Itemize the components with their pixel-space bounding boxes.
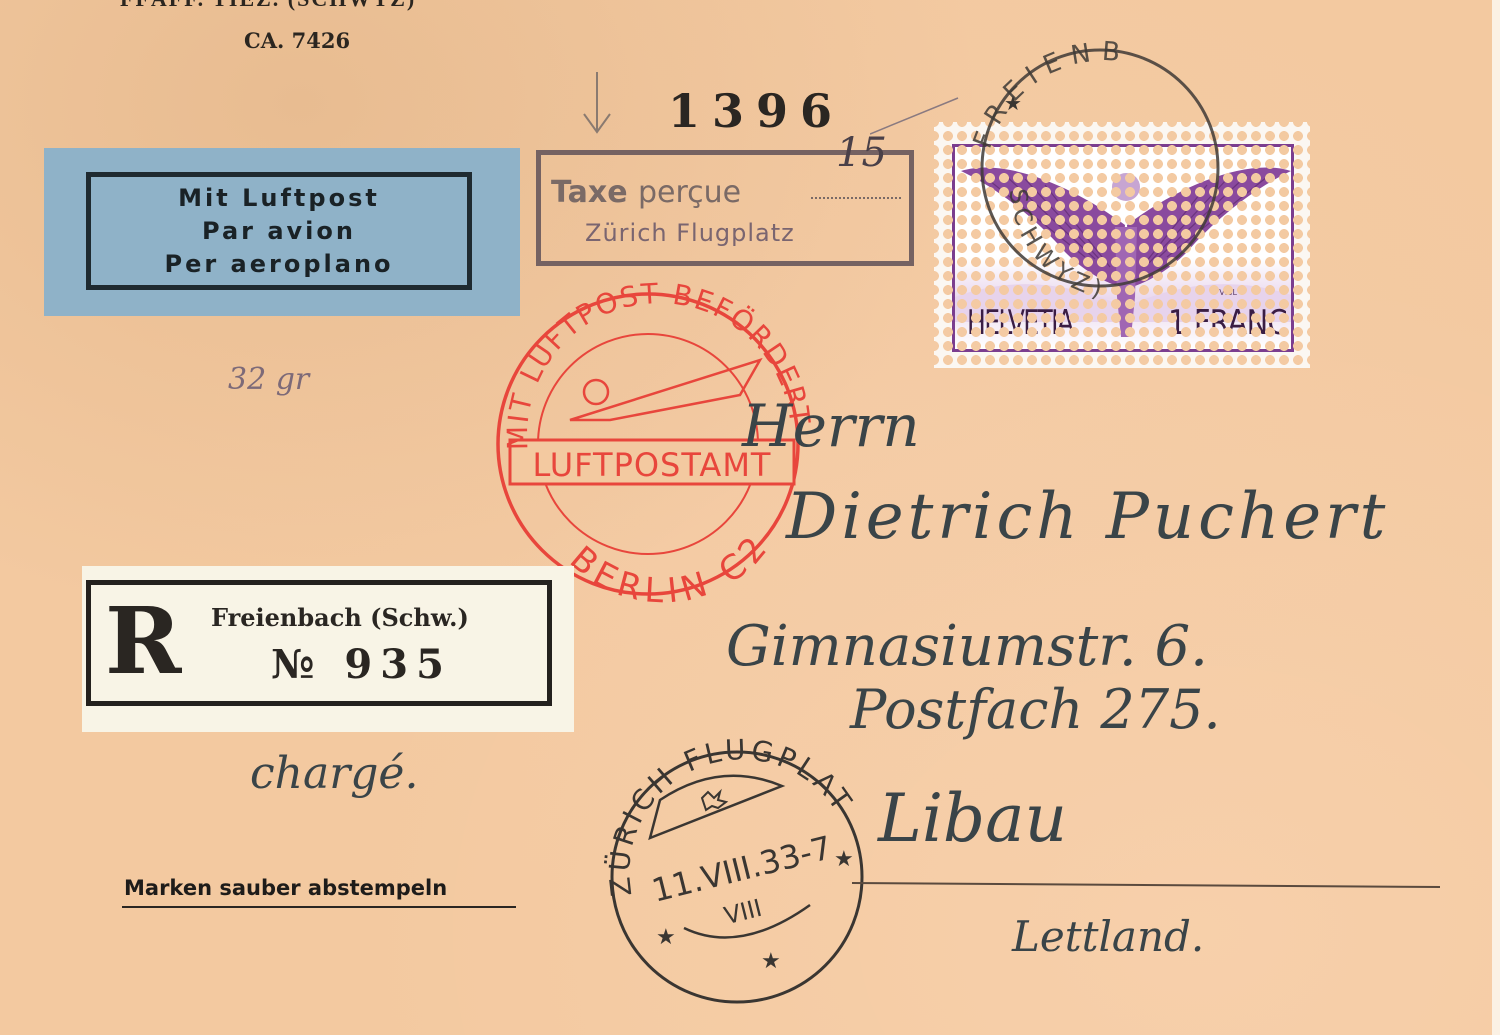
registered-service-note: chargé.	[250, 748, 418, 799]
addressee-salutation: Herrn	[742, 392, 920, 460]
registration-label-number: № 935	[271, 641, 452, 688]
paid-word: perçue	[638, 175, 741, 210]
tax-amount-handwritten: 15	[836, 130, 887, 176]
registration-label-frame: R Freienbach (Schw.) № 935	[86, 580, 552, 706]
cancel-instruction: Marken sauber abstempeln	[124, 876, 447, 900]
tax-paid-line1: Taxe perçue	[551, 175, 741, 210]
svg-text:★: ★	[1004, 91, 1022, 115]
svg-text:LUFTPOSTAMT: LUFTPOSTAMT	[533, 446, 772, 484]
registration-number: 1396	[668, 84, 844, 138]
postage-stamp: HELVETIA VIBL 1 FRANC	[934, 122, 1310, 368]
airmail-label-frame: Mit Luftpost Par avion Per aeroplano	[86, 172, 472, 290]
svg-text:VIII: VIII	[721, 894, 764, 930]
envelope-edge	[1492, 0, 1500, 1035]
sender-reference: CA. 7426	[244, 28, 350, 53]
stamp-value: 1 FRANC	[1168, 303, 1287, 343]
registration-office: Freienbach (Schw.)	[211, 603, 469, 632]
airmail-line-german: Mit Luftpost	[178, 182, 380, 215]
handwritten-weight: 32 gr	[228, 362, 309, 397]
airmail-label: Mit Luftpost Par avion Per aeroplano	[44, 148, 520, 316]
stamp-design: HELVETIA VIBL 1 FRANC	[952, 144, 1294, 352]
tax-word: Taxe	[551, 175, 628, 210]
svg-text:11.VIII.33-7: 11.VIII.33-7	[648, 828, 836, 909]
airmail-line-italian: Per aeroplano	[164, 248, 393, 281]
addressee-city: Libau	[878, 780, 1067, 857]
svg-text:★: ★	[834, 847, 854, 872]
stamp-country: HELVETIA	[967, 303, 1072, 343]
svg-text:★: ★	[761, 949, 781, 974]
registration-label: R Freienbach (Schw.) № 935	[82, 566, 574, 732]
tax-amount-dotted-line	[811, 197, 901, 199]
registered-letter-R: R	[105, 587, 181, 695]
tax-paid-location: Zürich Flugplatz	[585, 219, 795, 247]
addressee-street: Gimnasiumstr. 6.	[726, 614, 1208, 679]
svg-text:★: ★	[656, 925, 676, 950]
cancel-instruction-underline	[122, 906, 516, 908]
arrow-down-icon	[582, 72, 612, 136]
addressee-name: Dietrich Puchert	[786, 480, 1389, 554]
addressee-postbox: Postfach 275.	[850, 678, 1221, 741]
stamp-engraver: VIBL	[1219, 288, 1237, 297]
airmail-line-french: Par avion	[202, 215, 356, 248]
svg-text:BERLIN C2: BERLIN C2	[562, 525, 778, 612]
addressee-country: Lettland.	[1012, 912, 1204, 961]
address-underline	[852, 882, 1440, 888]
sender-address-partial: FFÄFF. TIEZ. (SCHWYZ)	[120, 0, 416, 12]
